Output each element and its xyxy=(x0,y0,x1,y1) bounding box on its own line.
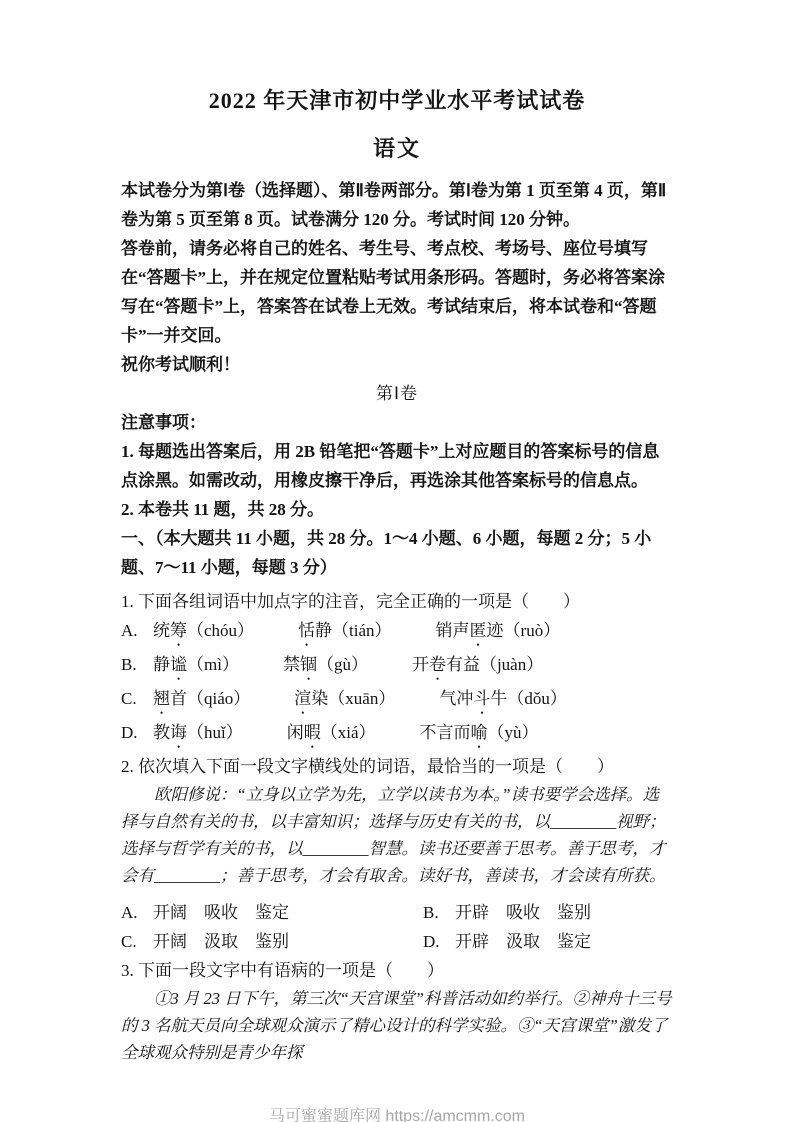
q2-option-c: C.开阔 汲取 鉴别 xyxy=(121,927,423,956)
pinyin: （tián） xyxy=(332,621,392,640)
q2-option-d: D.开辟 汲取 鉴定 xyxy=(423,927,673,956)
q1-option-c: C.翘首（qiáo）渲染（xuān）气冲斗牛（dǒu） xyxy=(121,684,673,718)
word-group: 开卷有益（juàn） xyxy=(412,650,543,684)
section-one-title: 第Ⅰ卷 xyxy=(121,379,673,408)
exam-page: 2022 年天津市初中学业水平考试试卷 语文 本试卷分为第Ⅰ卷（选择题）、第Ⅱ卷… xyxy=(0,0,793,1122)
q1-options: A.统筹（chóu）恬静（tián）销声匿迹（ruò）B.静谧（mì）禁锢（gù… xyxy=(121,616,673,752)
pinyin: （qiáo） xyxy=(187,689,250,708)
pinyin: （chóu） xyxy=(187,621,254,640)
q2-option-b: B.开辟 吸收 鉴别 xyxy=(423,898,673,927)
word-group: 翘首（qiáo） xyxy=(153,684,250,718)
q1-option-d: D.教诲（huǐ）闲暇（xiá）不言而喻（yù） xyxy=(121,718,673,752)
word-group: 闲暇（xiá） xyxy=(287,718,376,752)
q1-option-a: A.统筹（chóu）恬静（tián）销声匿迹（ruò） xyxy=(121,616,673,650)
pinyin: （ruò） xyxy=(504,621,561,640)
option-label: D. xyxy=(423,927,455,956)
note-item-1: 1. 每题选出答案后，用 2B 铅笔把“答题卡”上对应题目的答案标号的信息点涂黑… xyxy=(121,437,673,495)
pinyin: （yù） xyxy=(488,723,539,742)
q3-passage: ①3 月 23 日下午，第三次“天宫课堂”科普活动如约举行。②神舟十三号的 3 … xyxy=(121,985,673,1066)
q2-option-a: A.开阔 吸收 鉴定 xyxy=(121,898,423,927)
intro-paragraph-1: 本试卷分为第Ⅰ卷（选择题）、第Ⅱ卷两部分。第Ⅰ卷为第 1 页至第 4 页，第Ⅱ卷… xyxy=(121,176,673,234)
option-words: 开辟 吸收 鉴别 xyxy=(455,903,591,922)
option-words: 开辟 汲取 鉴定 xyxy=(455,932,591,951)
option-label: C. xyxy=(121,927,153,956)
word-group: 统筹（chóu） xyxy=(153,616,254,650)
pinyin: （huǐ） xyxy=(187,723,243,742)
wish-line: 祝你考试顺利！ xyxy=(121,350,673,379)
intro-paragraph-2: 答卷前，请务必将自己的姓名、考生号、考点校、考场号、座位号填写在“答题卡”上，并… xyxy=(121,234,673,350)
q1-stem: 1. 下面各组词语中加点字的注音，完全正确的一项是（ ） xyxy=(121,587,673,616)
word-group: 销声匿迹（ruò） xyxy=(436,616,561,650)
word-group: 渲染（xuān） xyxy=(294,684,395,718)
page-title: 2022 年天津市初中学业水平考试试卷 xyxy=(121,86,673,116)
pinyin: （mì） xyxy=(187,655,239,674)
option-label: A. xyxy=(121,898,153,927)
pinyin: （xuān） xyxy=(328,689,395,708)
pinyin: （xiá） xyxy=(321,723,376,742)
q2-stem: 2. 依次填入下面一段文字横线处的词语，最恰当的一项是（ ） xyxy=(121,752,673,781)
subject-title: 语文 xyxy=(121,134,673,164)
pinyin: （gù） xyxy=(317,655,368,674)
option-words: 开阔 吸收 鉴定 xyxy=(153,903,289,922)
word-group: 恬静（tián） xyxy=(298,616,392,650)
q1-option-b: B.静谧（mì）禁锢（gù）开卷有益（juàn） xyxy=(121,650,673,684)
option-label: C. xyxy=(121,684,153,713)
pinyin: （juàn） xyxy=(480,655,543,674)
word-group: 禁锢（gù） xyxy=(283,650,368,684)
q2-passage: 欧阳修说：“立身以立学为先，立学以读书为本。”读书要学会选择。选择与自然有关的书… xyxy=(121,781,673,889)
part-one-heading: 一、（本大题共 11 小题，共 28 分。1～4 小题、6 小题，每题 2 分；… xyxy=(121,524,673,582)
option-words: 开阔 汲取 鉴别 xyxy=(153,932,289,951)
word-group: 气冲斗牛（dǒu） xyxy=(439,684,567,718)
pinyin: （dǒu） xyxy=(507,689,567,708)
q3-stem: 3. 下面一段文字中有语病的一项是（ ） xyxy=(121,956,673,985)
word-group: 教诲（huǐ） xyxy=(153,718,243,752)
word-group: 静谧（mì） xyxy=(153,650,239,684)
option-label: B. xyxy=(423,898,455,927)
option-label: A. xyxy=(121,616,153,645)
note-item-2: 2. 本卷共 11 题，共 28 分。 xyxy=(121,495,673,524)
word-group: 不言而喻（yù） xyxy=(420,718,539,752)
q2-options: A.开阔 吸收 鉴定B.开辟 吸收 鉴别C.开阔 汲取 鉴别D.开辟 汲取 鉴定 xyxy=(121,898,673,956)
option-label: B. xyxy=(121,650,153,679)
footer-watermark: 马可蜜蜜题库网 https://amcmm.com xyxy=(121,1106,673,1122)
option-label: D. xyxy=(121,718,153,747)
notes-heading: 注意事项： xyxy=(121,408,673,437)
